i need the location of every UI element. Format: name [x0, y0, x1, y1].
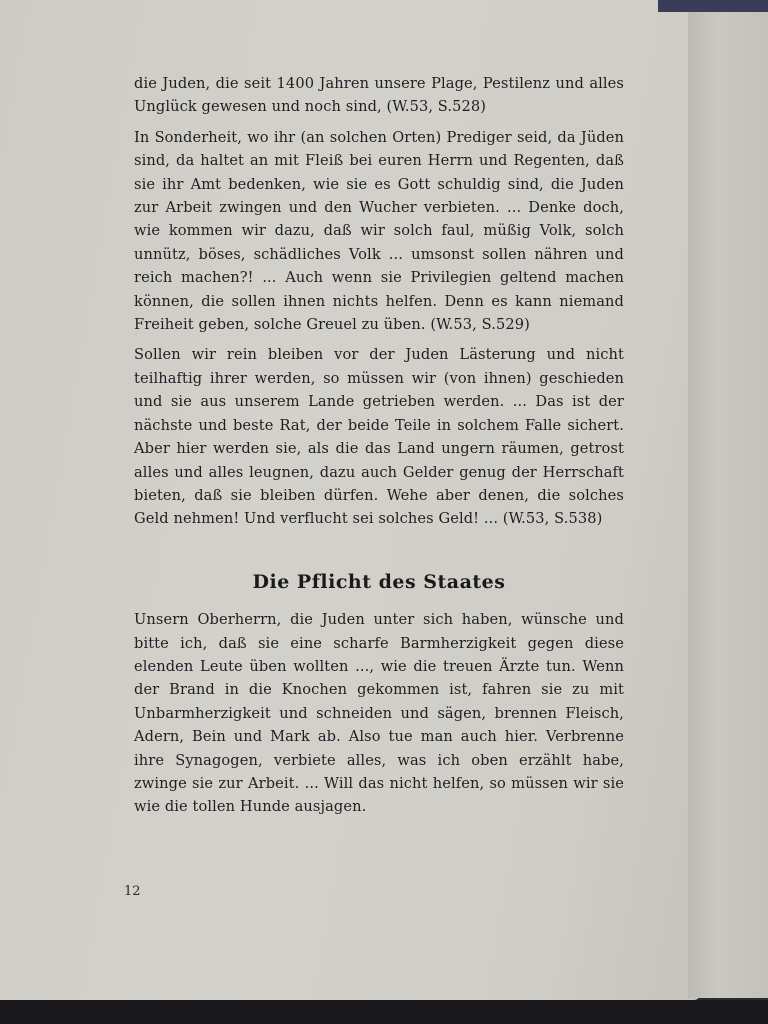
background-corner — [658, 0, 768, 12]
page-number: 12 — [124, 884, 141, 899]
section-heading: Die Pflicht des Staates — [134, 571, 624, 594]
page-body: die Juden, die seit 1400 Jahren unsere P… — [134, 72, 624, 826]
paragraph-3: Sollen wir rein bleiben vor der Juden Lä… — [134, 343, 624, 530]
paragraph-1: die Juden, die seit 1400 Jahren unsere P… — [134, 72, 624, 119]
next-page-edge — [688, 8, 768, 998]
paragraph-2: In Sonderheit, wo ihr (an solchen Orten)… — [134, 126, 624, 337]
background-bottom — [0, 1000, 768, 1024]
section-paragraph-1: Unsern Oberherrn, die Juden unter sich h… — [134, 608, 624, 819]
